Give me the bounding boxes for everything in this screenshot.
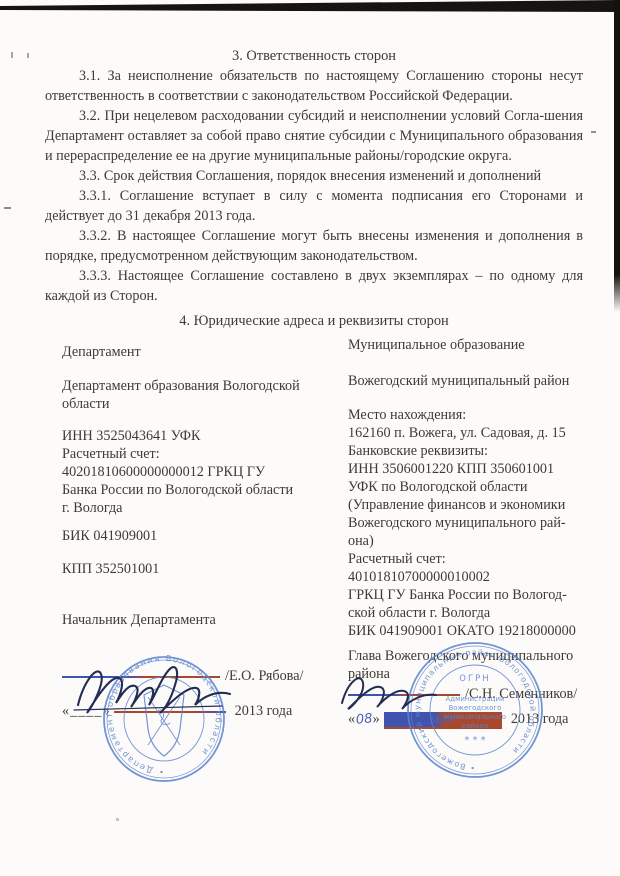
scan-edge-top — [0, 0, 620, 13]
column-departament: Департамент Департамент образования Воло… — [45, 334, 348, 729]
scanned-document-page: 3. Ответственность сторон 3.1. За неиспо… — [0, 0, 620, 876]
right-date-line: мая — [384, 712, 502, 729]
right-signature-row: /С.Н. Семенников/ — [348, 685, 583, 703]
left-date-row: «____» 2013 года — [62, 702, 348, 720]
scan-speck — [116, 818, 119, 821]
right-account-number: 40101810700000010002 — [348, 568, 583, 586]
left-date-year: 2013 года — [235, 703, 293, 719]
paragraph-3-3-2: 3.3.2. В настоящее Соглашение могут быть… — [45, 226, 583, 266]
paragraph-3-2: 3.2. При нецелевом расходовании субсидий… — [45, 106, 583, 166]
paragraph-3-1: 3.1. За неисполнение обязательств по нас… — [45, 66, 583, 106]
document-content: 3. Ответственность сторон 3.1. За неиспо… — [45, 46, 583, 729]
paragraph-3-3-1: 3.3.1. Соглашение вступает в силу с моме… — [45, 186, 583, 226]
right-signature-zone: • Вожегодский муниципальный район Волого… — [348, 685, 583, 729]
right-requisites: Место нахождения: 162160 п. Вожега, ул. … — [348, 406, 583, 640]
right-ufk-line: УФК по Вологодской области — [348, 478, 583, 496]
left-kpp-line: КПП 352501001 — [62, 560, 348, 578]
right-location-label: Место нахождения: — [348, 406, 583, 424]
paragraph-3-3-3: 3.3.3. Настоящее Соглашение составлено в… — [45, 266, 583, 306]
section4-heading: 4. Юридические адреса и реквизиты сторон — [45, 311, 583, 331]
left-requisites: ИНН 3525043641 УФК Расчетный счет: 40201… — [62, 427, 348, 517]
left-bank-line: Банка России по Вологодской области — [62, 481, 348, 499]
right-dept-line-3: она) — [348, 532, 583, 550]
right-account-label: Расчетный счет: — [348, 550, 583, 568]
right-org-name: Вожегодский муниципальный район — [348, 372, 583, 390]
right-stamp-stars: * * * — [464, 735, 485, 746]
left-signature-row: /Е.О. Рябова/ — [62, 667, 348, 685]
left-org-name: Департамент образования Вологодской обла… — [62, 377, 314, 413]
left-city-line: г. Вологда — [62, 499, 348, 517]
left-signatory-title: Начальник Департамента — [62, 611, 348, 629]
right-bik-okato-line: БИК 041909001 ОКАТО 19218000000 — [348, 622, 583, 640]
right-date-year: 2013 года — [511, 711, 569, 727]
left-inn-line: ИНН 3525043641 УФК — [62, 427, 348, 445]
left-account-number: 40201810600000000012 ГРКЦ ГУ — [62, 463, 348, 481]
left-date-quotes: «____» — [62, 703, 111, 719]
left-account-label: Расчетный счет: — [62, 445, 348, 463]
right-dept-line-1: (Управление финансов и экономики — [348, 496, 583, 514]
right-bank-line-2: ской области г. Вологда — [348, 604, 583, 622]
left-role-label: Департамент — [62, 343, 348, 361]
right-address-line: 162160 п. Вожега, ул. Садовая, д. 15 — [348, 424, 583, 442]
scan-speck — [4, 207, 11, 209]
left-signature-zone: • Департамент образования Вологодской об… — [62, 667, 348, 720]
right-dept-line-2: Вожегодского муниципального рай- — [348, 514, 583, 532]
left-signature-line — [62, 676, 220, 678]
right-role-label: Муниципальное образование — [348, 336, 583, 354]
column-municipality: Муниципальное образование Вожегодский му… — [348, 334, 583, 729]
scan-speck — [27, 53, 29, 58]
right-signature-line — [348, 694, 460, 696]
section3-heading: 3. Ответственность сторон — [45, 46, 583, 66]
right-date-month-handwritten: мая — [430, 712, 457, 728]
right-signatory-title: Глава Вожегодского муниципального района — [348, 647, 583, 683]
right-date-day-handwritten: 08 — [355, 710, 373, 729]
left-signatory-name: /Е.О. Рябова/ — [225, 668, 303, 684]
right-date-quote-close: » — [373, 711, 381, 727]
left-bik-line: БИК 041909001 — [62, 527, 348, 545]
paragraph-3-3: 3.3. Срок действия Соглашения, порядок в… — [45, 166, 583, 186]
right-signatory-name: /С.Н. Семенников/ — [465, 686, 577, 702]
left-date-line — [114, 711, 226, 713]
requisites-columns: Департамент Департамент образования Воло… — [45, 334, 583, 729]
right-date-row: «08» мая 2013 года — [348, 710, 583, 729]
right-inn-kpp-line: ИНН 3506001220 КПП 350601001 — [348, 460, 583, 478]
scan-edge-right — [614, 0, 620, 312]
scan-speck — [11, 52, 13, 58]
right-bank-line-1: ГРКЦ ГУ Банка России по Вологод- — [348, 586, 583, 604]
right-bank-requisites-label: Банковские реквизиты: — [348, 442, 583, 460]
scan-speck — [591, 131, 596, 133]
